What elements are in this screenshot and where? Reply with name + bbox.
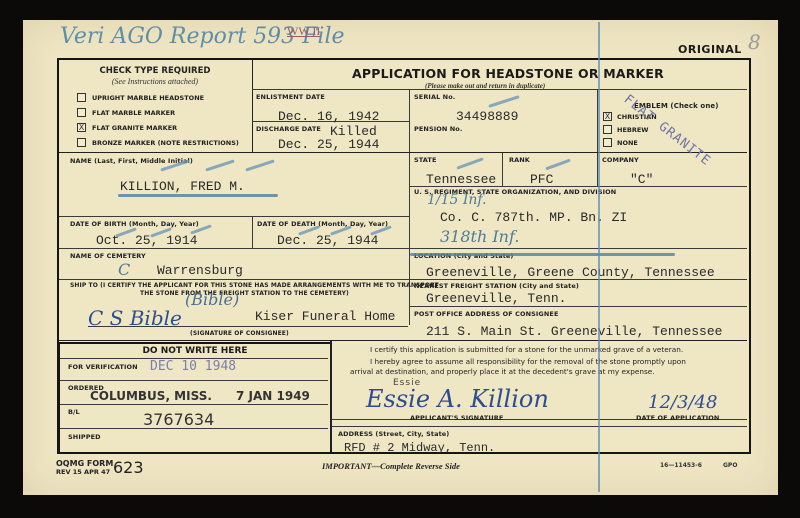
divider [88, 326, 408, 327]
form-id-line-1: OQMG FORM [56, 459, 113, 468]
check-type-subheading: (See Instructions attached) [60, 77, 250, 86]
divider [252, 60, 253, 152]
state-value: Tennessee [426, 172, 496, 187]
certification-line-1: I certify this application is submitted … [370, 345, 683, 354]
divider [59, 152, 747, 153]
divider [59, 279, 409, 280]
divider [410, 306, 747, 307]
divider [59, 216, 409, 217]
form-id-line-2: REV 15 APR 47 [56, 468, 110, 476]
company-label: COMPANY [602, 156, 639, 164]
divider [59, 340, 747, 341]
ordered-date: 7 JAN 1949 [236, 389, 310, 403]
ship-to-label-line2: THE STONE FROM THE FREIGHT STATION TO TH… [140, 290, 349, 297]
post-office-value: 211 S. Main St. Greeneville, Tennessee [426, 324, 722, 339]
option-label: FLAT GRANITE MARKER [92, 124, 177, 132]
regiment-annotation-1: 1/15 Inf. [427, 192, 487, 208]
ww2-stamp: WW II [287, 24, 320, 39]
freight-station-label: NEAREST FREIGHT STATION (City and State) [414, 282, 579, 290]
divider [330, 341, 332, 450]
freight-station-value: Greeneville, Tenn. [426, 291, 566, 306]
underline-mark [118, 194, 278, 197]
applicant-signature: Essie A. Killion [366, 385, 549, 413]
name-value: KILLION, FRED M. [120, 179, 245, 194]
checkbox-emblem-none[interactable] [603, 138, 612, 147]
rank-value: PFC [530, 172, 553, 187]
checkbox-emblem-hebrew[interactable] [603, 125, 612, 134]
enlistment-date-label: ENLISTMENT DATE [256, 93, 325, 101]
application-date-label: DATE OF APPLICATION [636, 414, 719, 422]
for-verification-stamp: DEC 10 1948 [150, 359, 236, 374]
serial-no-label: SERIAL No. [414, 93, 455, 101]
serial-no-value: 34498889 [456, 109, 518, 124]
checkbox-emblem-christian[interactable]: X [603, 112, 612, 121]
option-label: FLAT MARBLE MARKER [92, 109, 175, 117]
divider [60, 380, 328, 381]
state-label: STATE [414, 156, 437, 164]
regiment-annotation-2: 318th Inf. [440, 227, 519, 246]
check-type-heading: CHECK TYPE REQUIRED [60, 66, 250, 76]
divider [330, 426, 747, 427]
discharge-date-label: DISCHARGE DATE [256, 125, 321, 133]
print-code: 16—11453-6 [660, 462, 702, 469]
divider [502, 152, 503, 186]
divider [60, 428, 328, 429]
checkbox-flat-granite-marker[interactable]: X [77, 123, 86, 132]
corner-annotation: 8 [748, 30, 761, 54]
form-title: APPLICATION FOR HEADSTONE OR MARKER [352, 66, 664, 81]
discharge-date-value: Dec. 25, 1944 [278, 137, 379, 152]
date-of-death-label: DATE OF DEATH (Month, Day, Year) [257, 220, 388, 228]
enlistment-date-value: Dec. 16, 1942 [278, 109, 379, 124]
company-value: "C" [630, 172, 653, 187]
certification-line-3: arrival at destination, and properly pla… [350, 367, 655, 376]
address-label: ADDRESS (Street, City, State) [338, 430, 449, 438]
application-date-value: 12/3/48 [648, 392, 717, 413]
date-of-death-value: Dec. 25, 1944 [277, 233, 378, 248]
original-label: ORIGINAL [678, 43, 742, 56]
checkbox-upright-marble-headstone[interactable] [77, 93, 86, 102]
divider [409, 89, 410, 153]
address-value: RFD # 2 Midway, Tenn. [344, 441, 495, 455]
cemetery-label: NAME OF CEMETERY [70, 252, 146, 260]
for-verification-label: FOR VERIFICATION [68, 363, 138, 371]
certification-line-2: I hereby agree to assume all responsibil… [370, 357, 686, 366]
option-label: UPRIGHT MARBLE HEADSTONE [92, 94, 204, 102]
important-note: IMPORTANT—Complete Reverse Side [322, 461, 460, 471]
option-label: BRONZE MARKER (NOTE RESTRICTIONS) [92, 139, 239, 147]
ship-to-label-line1: SHIP TO (I CERTIFY THE APPLICANT FOR THI… [70, 282, 439, 289]
pension-no-label: PENSION No. [414, 125, 462, 133]
location-value: Greeneville, Greene County, Tennessee [426, 265, 715, 280]
ordered-place: COLUMBUS, MISS. [90, 389, 212, 403]
shipped-label: SHIPPED [68, 433, 101, 441]
strike-mark [410, 253, 675, 256]
ship-to-annotation: (Bible) [185, 290, 239, 309]
bl-label: B/L [68, 408, 80, 416]
divider [409, 152, 410, 325]
divider [60, 404, 328, 405]
bl-value: 3767634 [143, 410, 214, 429]
ship-to-value: Kiser Funeral Home [255, 309, 395, 324]
form-number: 623 [113, 458, 144, 477]
cemetery-check: C [118, 260, 130, 279]
option-label: NONE [617, 139, 638, 147]
option-label: HEBREW [617, 126, 648, 134]
consignee-signature-label: (SIGNATURE OF CONSIGNEE) [190, 330, 289, 337]
divider [59, 248, 409, 249]
rank-label: RANK [509, 156, 530, 164]
divider [410, 248, 747, 249]
printer-mark: GPO [723, 462, 737, 469]
date-of-birth-value: Oct. 25, 1914 [96, 233, 197, 248]
cemetery-value: Warrensburg [157, 263, 243, 278]
pencil-line [598, 22, 600, 492]
post-office-label: POST OFFICE ADDRESS OF CONSIGNEE [414, 310, 559, 318]
checkbox-bronze-marker[interactable] [77, 138, 86, 147]
applicant-signature-label: APPLICANT'S SIGNATURE [410, 414, 503, 422]
checkbox-flat-marble-marker[interactable] [77, 108, 86, 117]
divider [252, 216, 253, 248]
form-subtitle: (Please make out and return in duplicate… [425, 82, 545, 90]
office-use-heading: DO NOT WRITE HERE [60, 346, 330, 356]
